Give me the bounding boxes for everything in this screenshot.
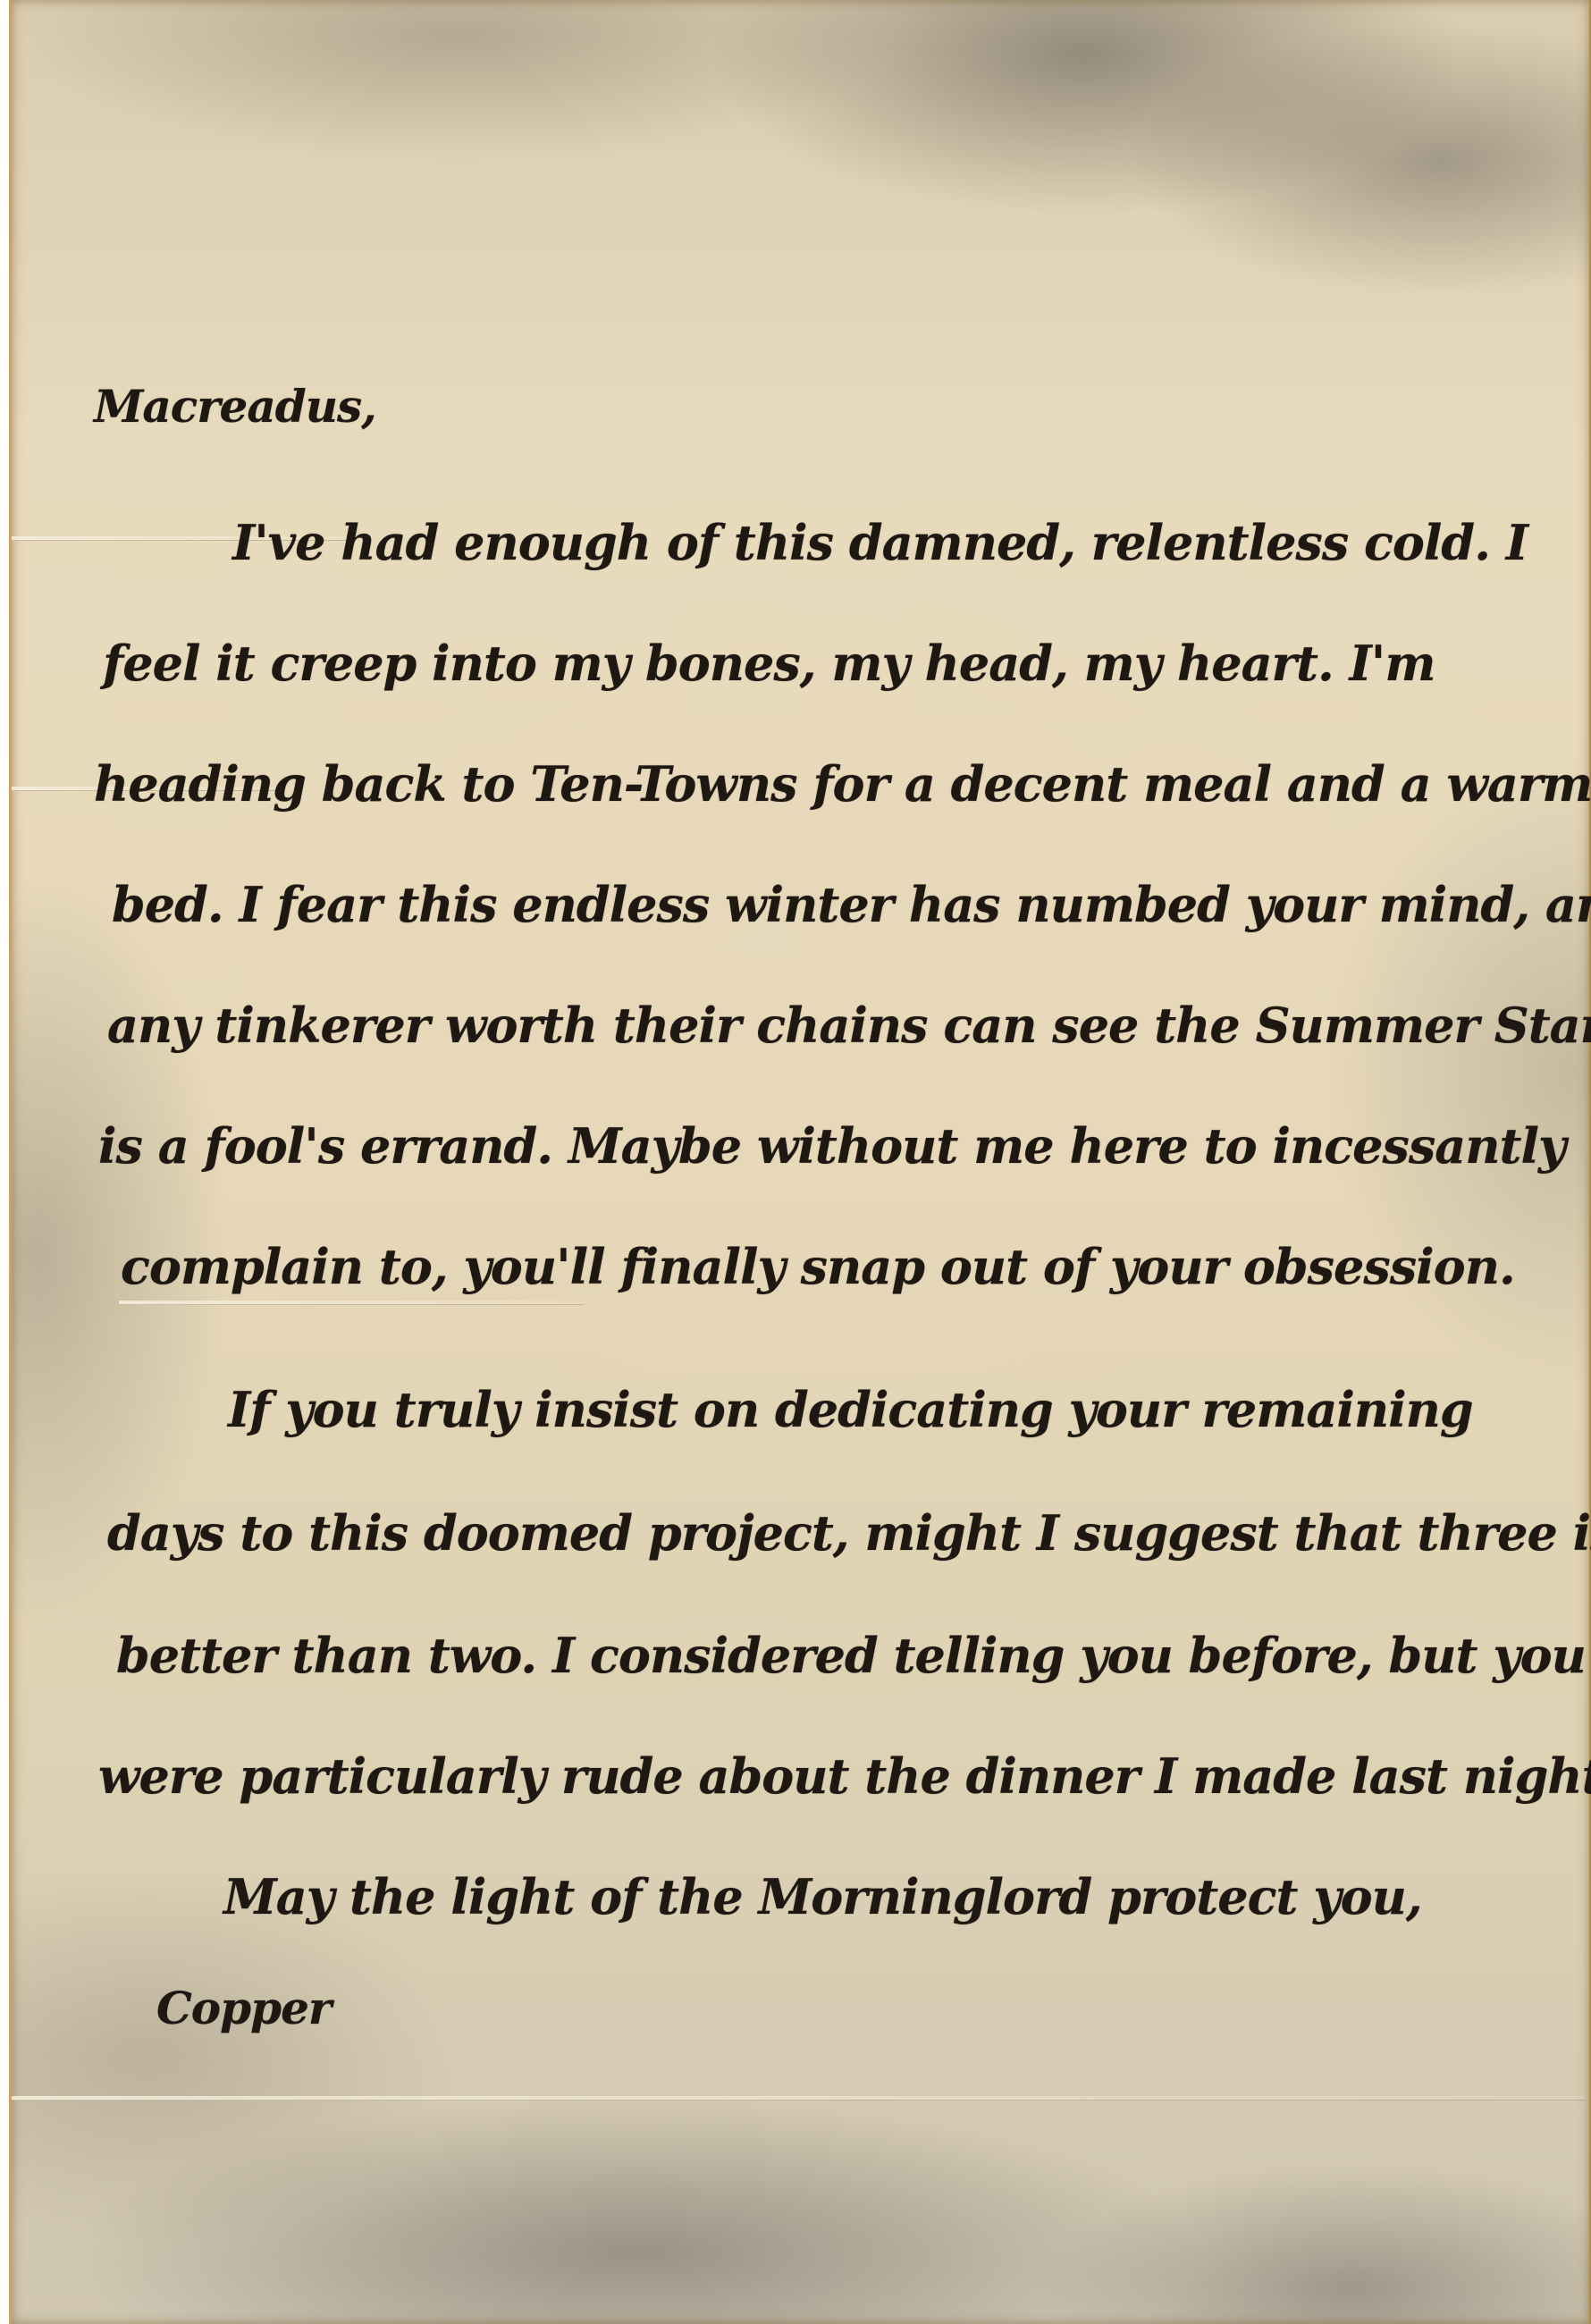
letter-line: complain to, you'll finally snap out of … [121,1242,1515,1291]
letter-line: If you truly insist on dedicating your r… [228,1385,1473,1434]
letter-line: better than two. I considered telling yo… [116,1631,1586,1680]
letter-line: is a fool's errand. Maybe without me her… [98,1122,1565,1170]
letter-line: days to this doomed project, might I sug… [107,1509,1591,1557]
letter: Macreadus, I've had enough of this damne… [0,0,1591,2324]
closing: May the light of the Morninglord protect… [223,1873,1422,1921]
letter-line: feel it creep into my bones, my head, my… [103,639,1435,687]
letter-line: heading back to Ten-Towns for a decent m… [94,760,1591,808]
letter-line: any tinkerer worth their chains can see … [107,1001,1591,1049]
letter-line: I've had enough of this damned, relentle… [232,518,1528,567]
salutation: Macreadus, [94,384,376,429]
signature: Copper [156,1986,331,2031]
letter-line: were particularly rude about the dinner … [98,1752,1591,1800]
letter-line: bed. I fear this endless winter has numb… [112,880,1591,929]
